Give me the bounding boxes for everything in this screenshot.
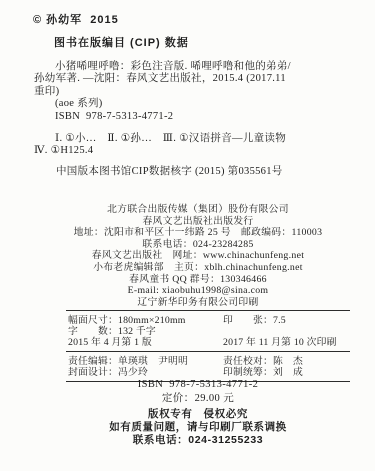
book-copyright-page: { "page": { "copyright_line": "© 孙幼军 201… — [0, 0, 375, 471]
first-edition-cell: 2015 年 4 月第 1 版 — [68, 337, 223, 348]
spec-table-section-1: 幅面尺寸：180mm×210mm 字 数：132 千字 2015 年 4 月第 … — [66, 311, 350, 352]
cover-design-cell: 封面设计：冯少玲 — [68, 367, 223, 378]
cip-series-line: (aoe 系列) — [34, 98, 340, 110]
publisher-group-line: 北方联合出版传媒（集团）股份有限公司 — [20, 204, 375, 216]
copyright-notice-block: 版权专有 侵权必究 如有质量问题，请与印刷厂联系调换 联系电话：024-3125… — [20, 408, 375, 447]
sheet-count-cell: 印 张：7.5 — [223, 315, 350, 326]
classification-block: Ⅰ. ①小… Ⅱ. ①孙… Ⅲ. ①汉语拼音—儿童读物 Ⅳ. ①H125.4 — [34, 133, 340, 157]
cip-registry-line: 中国版本图书馆CIP数据核字 (2015) 第035561号 — [56, 166, 283, 178]
classification-line-2: Ⅳ. ①H125.4 — [34, 145, 340, 157]
spec-col-left: 幅面尺寸：180mm×210mm 字 数：132 千字 2015 年 4 月第 … — [68, 315, 223, 348]
publisher-name-line: 春风文艺出版社出版发行 — [20, 216, 375, 228]
cip-isbn-line: ISBN 978-7-5313-4771-2 — [34, 111, 340, 123]
cip-author-line: 孙幼军著. —沈阳：春风文艺出版社，2015.4 (2017.11 — [34, 73, 340, 85]
printer-line: 辽宁新华印务有限公司印刷 — [20, 297, 375, 309]
price-line: 定价：29.00 元 — [20, 392, 375, 406]
copyright-line: © 孙幼军 2015 — [33, 11, 119, 27]
format-size-cell: 幅面尺寸：180mm×210mm — [68, 315, 223, 326]
email-line: E-mail: xiaobuhu1998@sina.com — [20, 285, 375, 297]
qq-group-line: 春风童书 QQ 群号：130346466 — [20, 274, 375, 286]
cip-block: 小猪唏哩呼噜：彩色注音版. 唏哩呼噜和他的弟弟/ 孙幼军著. —沈阳：春风文艺出… — [34, 61, 340, 123]
isbn-price-block: ISBN 978-7-5313-4771-2 定价：29.00 元 — [20, 378, 375, 405]
publisher-address-line: 地址：沈阳市和平区十一纬路 25 号 邮政编码：110003 — [20, 227, 375, 239]
classification-line-1: Ⅰ. ①小… Ⅱ. ①孙… Ⅲ. ①汉语拼音—儿童读物 — [34, 133, 340, 145]
cip-header: 图书在版编目 (CIP) 数据 — [54, 34, 189, 50]
credits-col-right: 责任校对：陈 杰 印制统筹：刘 成 — [223, 356, 350, 378]
isbn-line: ISBN 978-7-5313-4771-2 — [20, 378, 375, 392]
credits-col-left: 责任编辑：单瑛琪 尹明明 封面设计：冯少玲 — [68, 356, 223, 378]
publisher-block: 北方联合出版传媒（集团）股份有限公司 春风文艺出版社出版发行 地址：沈阳市和平区… — [20, 204, 375, 308]
cip-title-line: 小猪唏哩呼噜：彩色注音版. 唏哩呼噜和他的弟弟/ — [34, 61, 340, 73]
spec-table-section-2: 责任编辑：单瑛琪 尹明明 封面设计：冯少玲 责任校对：陈 杰 印制统筹：刘 成 — [66, 352, 350, 381]
print-coordinator-cell: 印制统筹：刘 成 — [223, 367, 350, 378]
editorial-homepage-line: 小布老虎编辑部 主页：xblh.chinachunfeng.net — [20, 262, 375, 274]
print-run-cell: 2017 年 11 月第 10 次印刷 — [223, 337, 350, 348]
editor-cell: 责任编辑：单瑛琪 尹明明 — [68, 356, 223, 367]
service-phone-line: 联系电话：024-31255233 — [20, 434, 375, 447]
rights-reserved-line: 版权专有 侵权必究 — [20, 408, 375, 421]
spec-col-right: 印 张：7.5 2017 年 11 月第 10 次印刷 — [223, 315, 350, 348]
spacer-cell — [223, 326, 350, 337]
cip-reprint-line: 重印) — [34, 86, 340, 98]
proofreader-cell: 责任校对：陈 杰 — [223, 356, 350, 367]
publisher-website-line: 春风文艺出版社 网址：www.chinachunfeng.net — [20, 250, 375, 262]
quality-issue-line: 如有质量问题，请与印刷厂联系调换 — [20, 421, 375, 434]
word-count-cell: 字 数：132 千字 — [68, 326, 223, 337]
spec-table: 幅面尺寸：180mm×210mm 字 数：132 千字 2015 年 4 月第 … — [66, 310, 350, 382]
publisher-phone-line: 联系电话：024-23284285 — [20, 239, 375, 251]
